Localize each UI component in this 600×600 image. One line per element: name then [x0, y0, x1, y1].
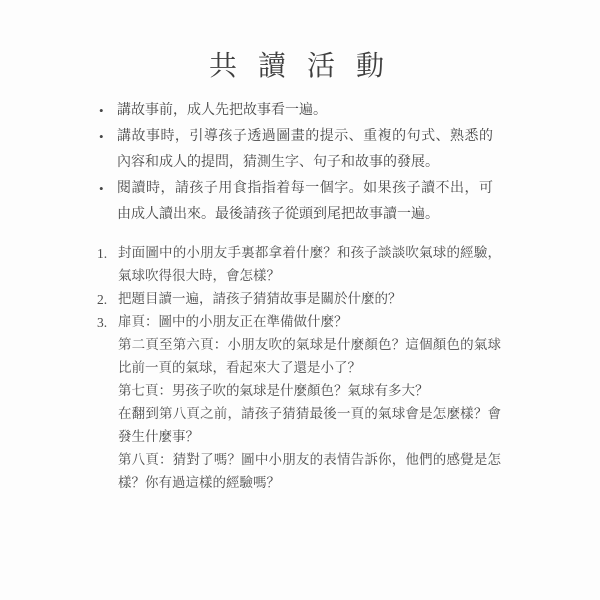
question-number: 3.: [97, 311, 118, 334]
question-segment: 在翻到第八頁之前，請孩子猜猜最後一頁的氣球會是怎麼樣？會發生什麼事？: [118, 403, 501, 449]
question-segment: 封面圖中的小朋友手裏都拿着什麼？和孩子談談吹氣球的經驗，氣球吹得很大時，會怎樣？: [118, 242, 501, 288]
guidelines-list: • 講故事前，成人先把故事看一遍。 • 講故事時，引導孩子透過圖畫的提示、重複的…: [99, 98, 493, 228]
guideline-text: 講故事前，成人先把故事看一遍。: [117, 98, 493, 124]
guideline-item: • 閱讀時，請孩子用食指指着每一個字。如果孩子讀不出，可由成人讀出來。最後請孩子…: [99, 176, 493, 228]
page-title: 共 讀 活 動: [0, 0, 600, 83]
question-segment: 第八頁：猜對了嗎？圖中小朋友的表情告訴你，他們的感覺是怎樣？你有過這樣的經驗嗎？: [118, 449, 501, 495]
question-text: 把題目讀一遍，請孩子猜猜故事是關於什麼的？: [118, 288, 501, 311]
guideline-item: • 講故事前，成人先把故事看一遍。: [99, 98, 493, 124]
bullet-icon: •: [99, 124, 117, 150]
question-number: 2.: [97, 288, 118, 311]
question-item: 3. 扉頁：圖中的小朋友正在準備做什麼？ 第二頁至第六頁：小朋友吹的氣球是什麼顏…: [97, 311, 501, 495]
questions-list: 1. 封面圖中的小朋友手裏都拿着什麼？和孩子談談吹氣球的經驗，氣球吹得很大時，會…: [97, 242, 501, 495]
question-item: 2. 把題目讀一遍，請孩子猜猜故事是關於什麼的？: [97, 288, 501, 311]
question-text: 封面圖中的小朋友手裏都拿着什麼？和孩子談談吹氣球的經驗，氣球吹得很大時，會怎樣？: [118, 242, 501, 288]
bullet-icon: •: [99, 176, 117, 202]
question-segment: 把題目讀一遍，請孩子猜猜故事是關於什麼的？: [118, 288, 501, 311]
question-number: 1.: [97, 242, 118, 265]
guideline-text: 講故事時，引導孩子透過圖畫的提示、重複的句式、熟悉的內容和成人的提問，猜測生字、…: [117, 124, 493, 176]
question-segment: 第二頁至第六頁：小朋友吹的氣球是什麼顏色？這個顏色的氣球比前一頁的氣球，看起來大…: [118, 334, 501, 380]
question-segment: 扉頁：圖中的小朋友正在準備做什麼？: [118, 311, 501, 334]
guideline-item: • 講故事時，引導孩子透過圖畫的提示、重複的句式、熟悉的內容和成人的提問，猜測生…: [99, 124, 493, 176]
question-item: 1. 封面圖中的小朋友手裏都拿着什麼？和孩子談談吹氣球的經驗，氣球吹得很大時，會…: [97, 242, 501, 288]
question-segment: 第七頁：男孩子吹的氣球是什麼顏色？氣球有多大？: [118, 380, 501, 403]
book-page: 共 讀 活 動 • 講故事前，成人先把故事看一遍。 • 講故事時，引導孩子透過圖…: [0, 0, 600, 600]
bullet-icon: •: [99, 98, 117, 124]
guideline-text: 閱讀時，請孩子用食指指着每一個字。如果孩子讀不出，可由成人讀出來。最後請孩子從頭…: [117, 176, 493, 228]
question-text: 扉頁：圖中的小朋友正在準備做什麼？ 第二頁至第六頁：小朋友吹的氣球是什麼顏色？這…: [118, 311, 501, 495]
